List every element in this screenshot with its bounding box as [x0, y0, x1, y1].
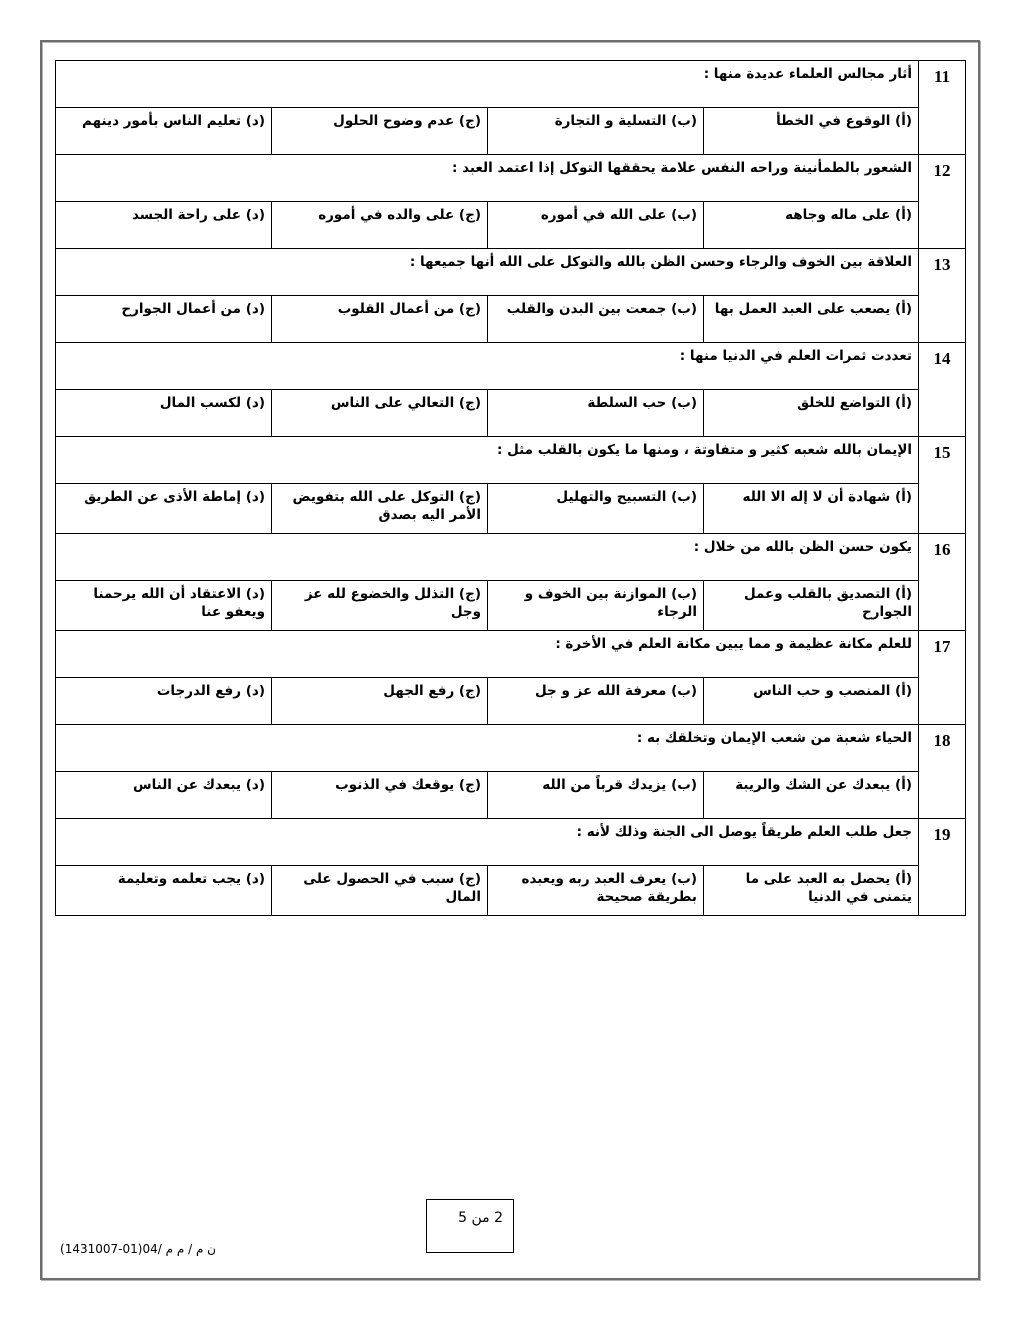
option-a[interactable]: (أ) التصديق بالقلب وعمل الجوارح: [704, 581, 919, 631]
question-number: 17: [919, 631, 966, 725]
option-c[interactable]: (ج) رفع الجهل: [272, 678, 488, 725]
question-stem: تعددت ثمرات العلم في الدنيا منها :: [56, 343, 919, 390]
page-indicator: 2 من 5: [458, 1210, 503, 1226]
question-stem: للعلم مكانة عظيمة و مما يبين مكانة العلم…: [56, 631, 919, 678]
options-row: (أ) المنصب و حب الناس(ب) معرفة الله عز و…: [56, 678, 966, 725]
question-stem: جعل طلب العلم طريقاً يوصل الى الجنة وذلك…: [56, 819, 919, 866]
option-d[interactable]: (د) على راحة الجسد: [56, 202, 272, 249]
options-row: (أ) التواضع للخلق(ب) حب السلطة(ج) التعال…: [56, 390, 966, 437]
question-stem: أثار مجالس العلماء عديدة منها :: [56, 61, 919, 108]
option-a[interactable]: (أ) يصعب على العبد العمل بها: [704, 296, 919, 343]
option-a[interactable]: (أ) شهادة أن لا إله الا الله: [704, 484, 919, 534]
options-row: (أ) يحصل به العبد على ما يتمنى في الدنيا…: [56, 866, 966, 916]
options-row: (أ) شهادة أن لا إله الا الله(ب) التسبيح …: [56, 484, 966, 534]
question-number: 15: [919, 437, 966, 534]
option-a[interactable]: (أ) يبعدك عن الشك والريبة: [704, 772, 919, 819]
option-c[interactable]: (ج) التوكل على الله بتفويض الأمر اليه بص…: [272, 484, 488, 534]
question-number: 13: [919, 249, 966, 343]
options-row: (أ) الوقوع في الخطأ(ب) التسلية و التجارة…: [56, 108, 966, 155]
option-c[interactable]: (ج) التعالي على الناس: [272, 390, 488, 437]
question-number: 11: [919, 61, 966, 155]
question-stem: الإيمان بالله شعبه كثير و متفاوتة ، ومنه…: [56, 437, 919, 484]
option-d[interactable]: (د) رفع الدرجات: [56, 678, 272, 725]
option-a[interactable]: (أ) على ماله وجاهه: [704, 202, 919, 249]
option-c[interactable]: (ج) عدم وضوح الحلول: [272, 108, 488, 155]
option-c[interactable]: (ج) من أعمال القلوب: [272, 296, 488, 343]
option-d[interactable]: (د) يجب تعلمه وتعليمة: [56, 866, 272, 916]
question-stem: الحياء شعبة من شعب الإيمان وتخلقك به :: [56, 725, 919, 772]
option-d[interactable]: (د) تعليم الناس بأمور دينهم: [56, 108, 272, 155]
document-code: ن م / م م /04(01-1431007): [60, 1242, 216, 1256]
option-c[interactable]: (ج) التذلل والخضوع لله عز وجل: [272, 581, 488, 631]
option-d[interactable]: (د) إماطة الأذى عن الطريق: [56, 484, 272, 534]
option-b[interactable]: (ب) الموازنة بين الخوف و الرجاء: [488, 581, 704, 631]
option-a[interactable]: (أ) المنصب و حب الناس: [704, 678, 919, 725]
option-c[interactable]: (ج) سبب في الحصول على المال: [272, 866, 488, 916]
question-number: 12: [919, 155, 966, 249]
questions-table: 11أثار مجالس العلماء عديدة منها :(أ) الو…: [55, 60, 966, 916]
option-d[interactable]: (د) يبعدك عن الناس: [56, 772, 272, 819]
question-stem: العلاقة بين الخوف والرجاء وحسن الظن بالل…: [56, 249, 919, 296]
question-row: 16يكون حسن الظن بالله من خلال :: [56, 534, 966, 581]
option-d[interactable]: (د) الاعتقاد أن الله يرحمنا ويعفو عنا: [56, 581, 272, 631]
options-row: (أ) يبعدك عن الشك والريبة(ب) يزيدك قرباً…: [56, 772, 966, 819]
question-row: 17للعلم مكانة عظيمة و مما يبين مكانة الع…: [56, 631, 966, 678]
option-c[interactable]: (ج) يوقعك في الذنوب: [272, 772, 488, 819]
options-row: (أ) على ماله وجاهه(ب) على الله في أموره(…: [56, 202, 966, 249]
option-b[interactable]: (ب) يعرف العبد ربه ويعبده بطريقة صحيحة: [488, 866, 704, 916]
question-number: 14: [919, 343, 966, 437]
option-c[interactable]: (ج) على والده في أموره: [272, 202, 488, 249]
question-number: 19: [919, 819, 966, 916]
question-row: 15الإيمان بالله شعبه كثير و متفاوتة ، وم…: [56, 437, 966, 484]
question-row: 11أثار مجالس العلماء عديدة منها :: [56, 61, 966, 108]
option-a[interactable]: (أ) التواضع للخلق: [704, 390, 919, 437]
question-number: 18: [919, 725, 966, 819]
option-b[interactable]: (ب) التسلية و التجارة: [488, 108, 704, 155]
question-stem: الشعور بالطمأنينة وراحه النفس علامة يحقق…: [56, 155, 919, 202]
option-b[interactable]: (ب) يزيدك قرباً من الله: [488, 772, 704, 819]
option-b[interactable]: (ب) جمعت بين البدن والقلب: [488, 296, 704, 343]
option-b[interactable]: (ب) التسبيح والتهليل: [488, 484, 704, 534]
question-row: 13العلاقة بين الخوف والرجاء وحسن الظن با…: [56, 249, 966, 296]
question-row: 18الحياء شعبة من شعب الإيمان وتخلقك به :: [56, 725, 966, 772]
option-d[interactable]: (د) لكسب المال: [56, 390, 272, 437]
options-row: (أ) التصديق بالقلب وعمل الجوارح(ب) الموا…: [56, 581, 966, 631]
option-d[interactable]: (د) من أعمال الجوارح: [56, 296, 272, 343]
question-stem: يكون حسن الظن بالله من خلال :: [56, 534, 919, 581]
question-number: 16: [919, 534, 966, 631]
question-row: 12الشعور بالطمأنينة وراحه النفس علامة يح…: [56, 155, 966, 202]
option-b[interactable]: (ب) حب السلطة: [488, 390, 704, 437]
option-b[interactable]: (ب) معرفة الله عز و جل: [488, 678, 704, 725]
page-number-box: 2 من 5: [426, 1199, 514, 1253]
question-row: 14تعددت ثمرات العلم في الدنيا منها :: [56, 343, 966, 390]
question-row: 19جعل طلب العلم طريقاً يوصل الى الجنة وذ…: [56, 819, 966, 866]
option-a[interactable]: (أ) الوقوع في الخطأ: [704, 108, 919, 155]
option-b[interactable]: (ب) على الله في أموره: [488, 202, 704, 249]
options-row: (أ) يصعب على العبد العمل بها(ب) جمعت بين…: [56, 296, 966, 343]
option-a[interactable]: (أ) يحصل به العبد على ما يتمنى في الدنيا: [704, 866, 919, 916]
